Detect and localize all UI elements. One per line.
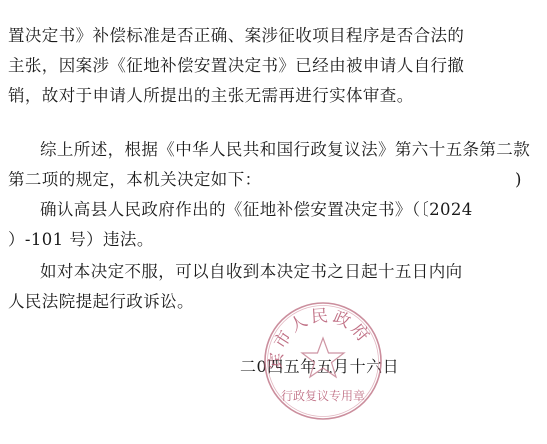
- text-line: 人民法院提起行政诉讼。: [8, 292, 194, 312]
- text-line: 综上所述，根据《中华人民共和国行政复议法》第六十五条第二款: [40, 140, 530, 160]
- decision-date: 二0四五年五月十六日: [240, 357, 399, 377]
- text-line: 确认高县人民政府作出的《征地补偿安置决定书》（〔2024: [40, 200, 473, 220]
- text-line: 如对本决定不服，可以自收到本决定书之日起十五日内向: [40, 262, 463, 282]
- seal-bottom-text: 行政复议专用章: [281, 388, 365, 403]
- text-line: 置决定书》补偿标准是否正确、案涉征收项目程序是否合法的: [8, 26, 464, 46]
- text-line: ）-101 号）违法。: [8, 230, 154, 250]
- stray-parenthesis: ): [515, 170, 521, 190]
- text-line: 第二项的规定，本机关决定如下：: [8, 170, 262, 190]
- document-page: 置决定书》补偿标准是否正确、案涉征收项目程序是否合法的 主张，因案涉《征地补偿安…: [0, 0, 547, 444]
- text-line: 主张，因案涉《征地补偿安置决定书》已经由被申请人自行撤: [8, 56, 464, 76]
- text-line: 销，故对于申请人所提出的主张无需再进行实体审查。: [8, 86, 414, 106]
